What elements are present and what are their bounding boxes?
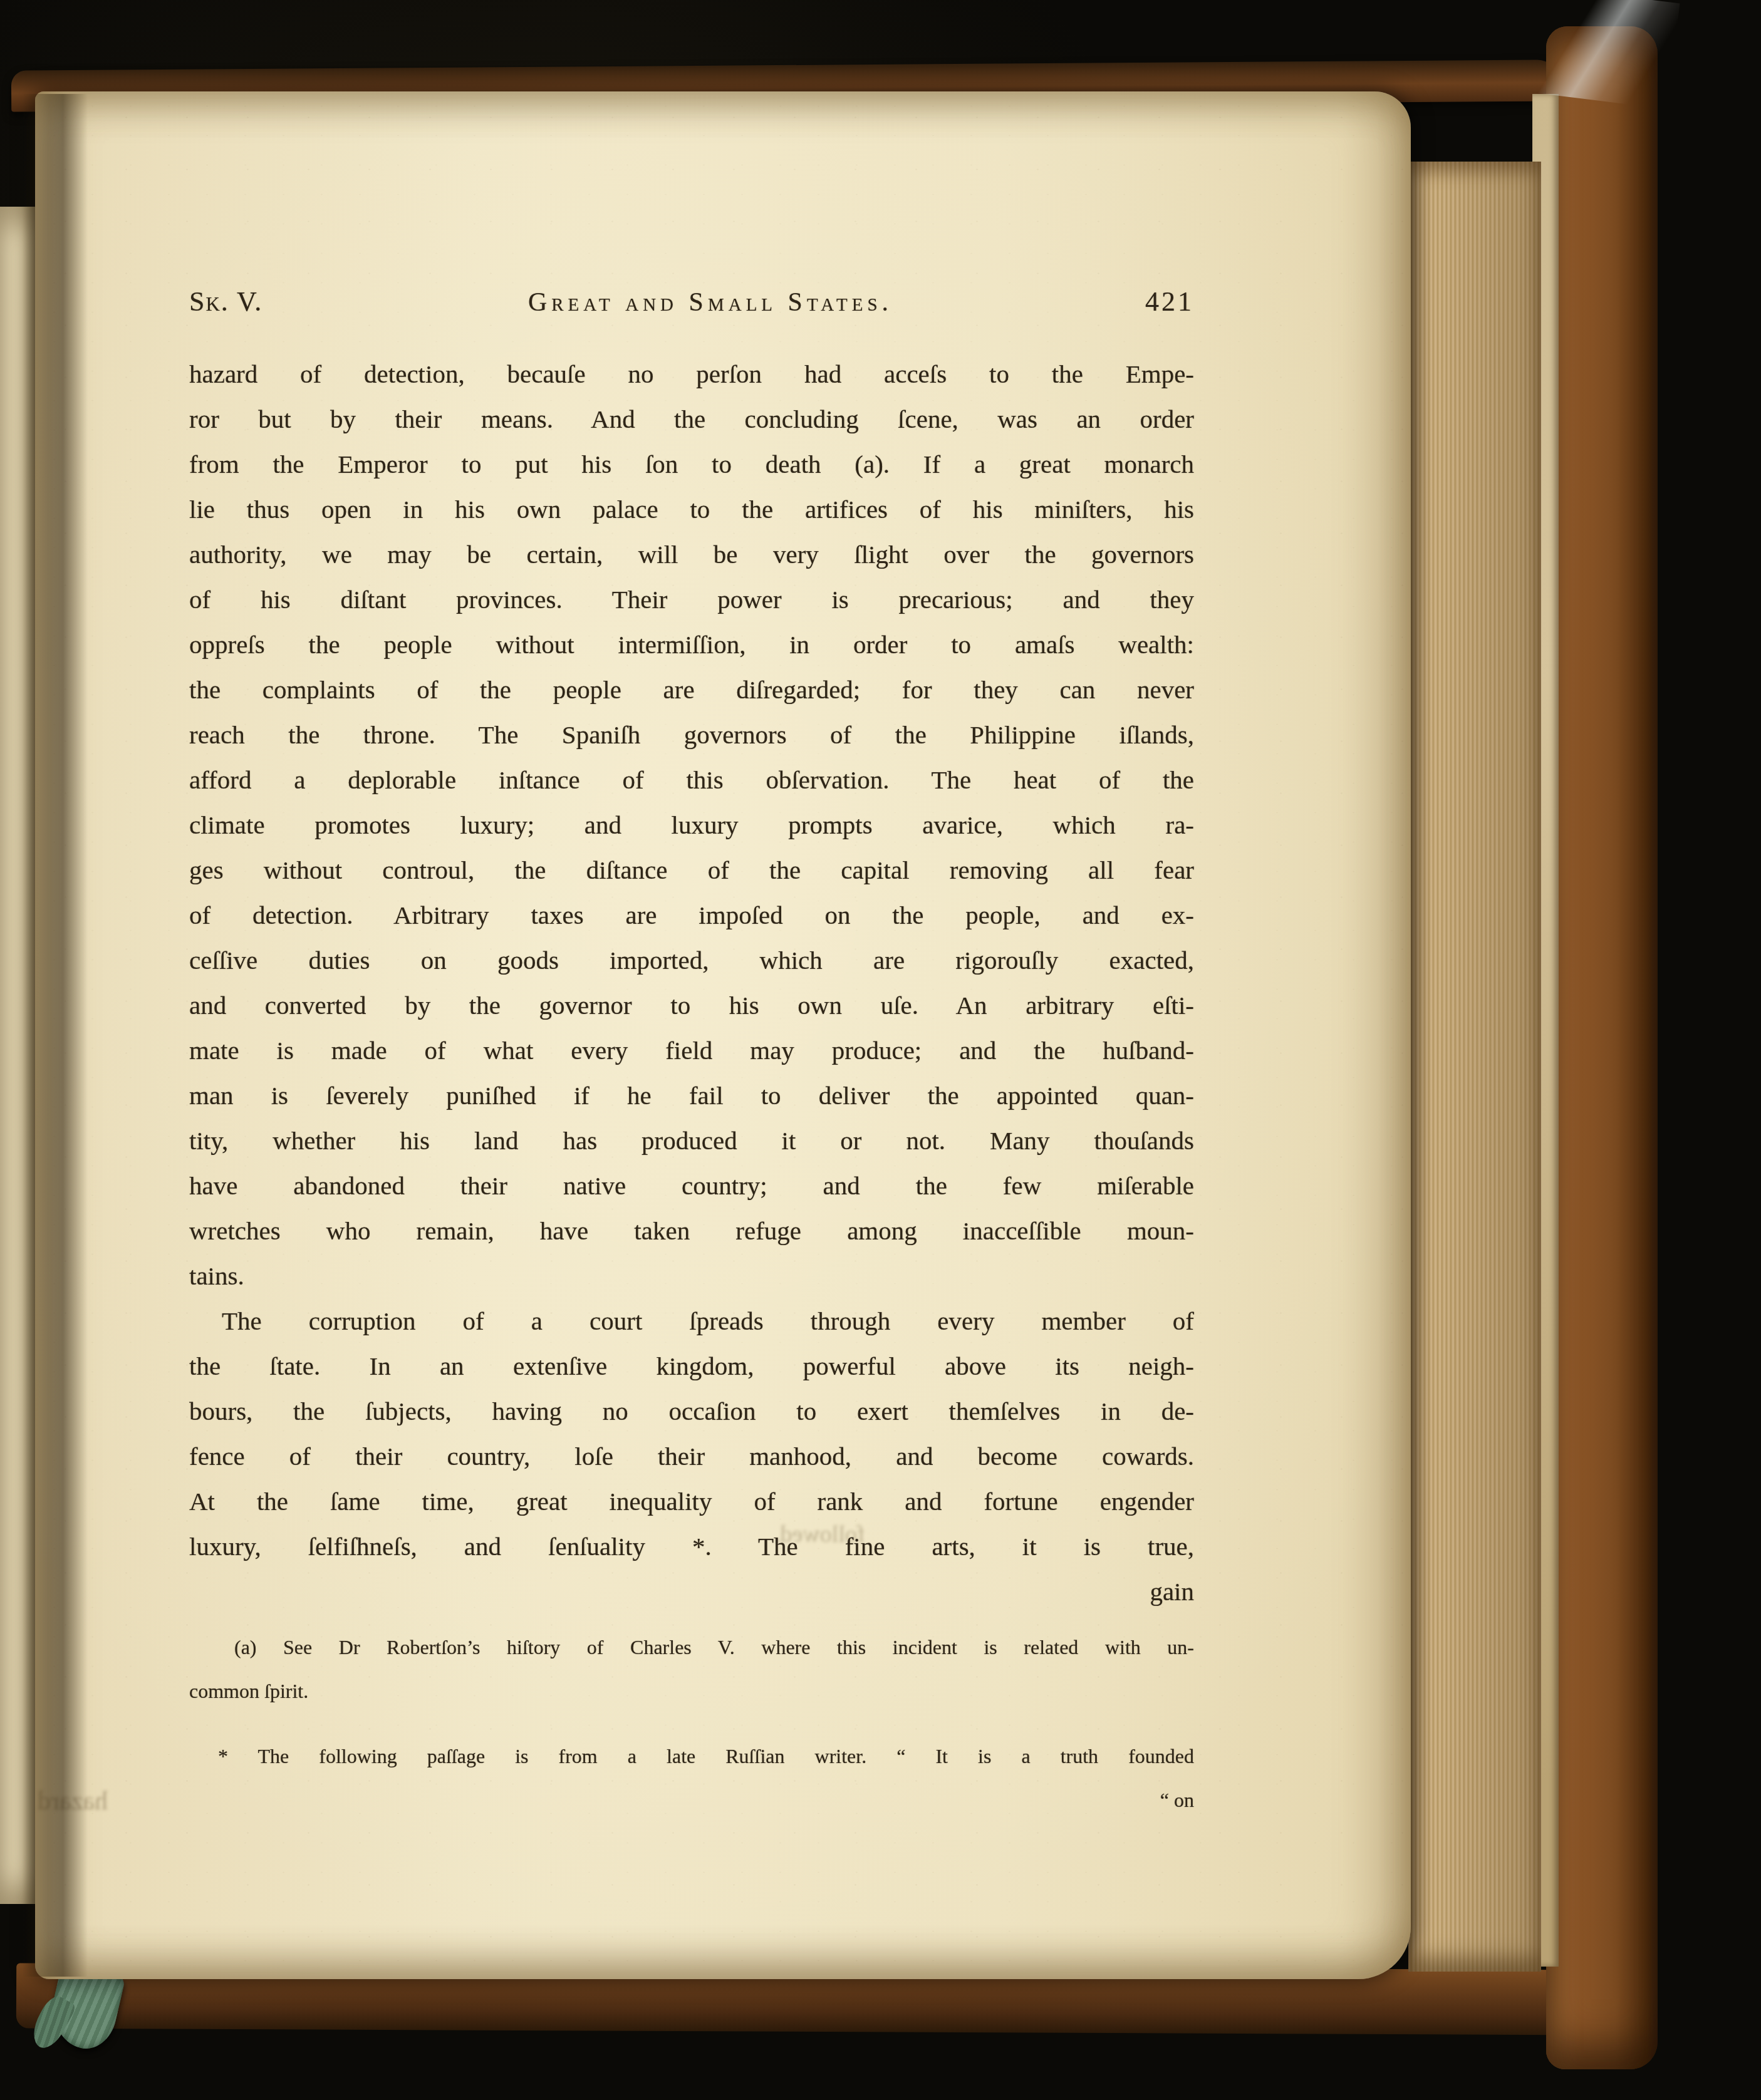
facing-page-edge: [0, 207, 35, 1904]
body-text-line: ges without controul, the diſtance of th…: [189, 847, 1194, 892]
body-text-line: have abandoned their native country; and…: [189, 1163, 1194, 1208]
body-text-line: afford a deplorable inſtance of this obſ…: [189, 757, 1194, 802]
photo-backdrop: followed. hazard Sk. V. Great and Small …: [0, 0, 1761, 2100]
footnote-line: (a) See Dr Robertſon’s hiſtory of Charle…: [189, 1625, 1194, 1669]
body-text-line: the complaints of the people are diſrega…: [189, 667, 1194, 712]
paragraph-1: hazard of detection, becauſe no perſon h…: [189, 351, 1194, 1298]
body-text-line: authority, we may be certain, will be ve…: [189, 532, 1194, 577]
body-text-line: man is ſeverely puniſhed if he fail to d…: [189, 1073, 1194, 1118]
body-text-line: tity, whether his land has produced it o…: [189, 1118, 1194, 1163]
body-text-line: reach the throne. The Spaniſh governors …: [189, 712, 1194, 757]
body-text-line: ceſſive duties on goods imported, which …: [189, 938, 1194, 983]
page-header: Sk. V. Great and Small States. 421: [189, 279, 1194, 325]
footnote-line: * The following paſſage is from a late R…: [189, 1734, 1194, 1778]
body-text-line: climate promotes luxury; and luxury prom…: [189, 802, 1194, 847]
footnote-catchword: “ on: [189, 1778, 1194, 1822]
body-text-line: At the ſame time, great inequality of ra…: [189, 1479, 1194, 1524]
footnote-star: * The following paſſage is from a late R…: [189, 1734, 1194, 1778]
body-text-line: bours, the ſubjects, having no occaſion …: [189, 1389, 1194, 1434]
page-number: 421: [1069, 279, 1194, 324]
body-text-line: the ſtate. In an extenſive kingdom, powe…: [189, 1343, 1194, 1389]
text-block: Sk. V. Great and Small States. 421 hazar…: [189, 279, 1194, 1822]
body-text-line: hazard of detection, becauſe no perſon h…: [189, 351, 1194, 396]
footnote-a: (a) See Dr Robertſon’s hiſtory of Charle…: [189, 1625, 1194, 1713]
body-text-line: tains.: [189, 1253, 1194, 1298]
footnote-line: common ſpirit.: [189, 1669, 1194, 1713]
body-text-line: lie thus open in his own palace to the a…: [189, 487, 1194, 532]
body-text-line: mate is made of what every field may pro…: [189, 1028, 1194, 1073]
body-text-line: fence of their country, loſe their manho…: [189, 1434, 1194, 1479]
body-text-line: oppreſs the people without intermiſſion,…: [189, 622, 1194, 667]
paragraph-2: The corruption of a court ſpreads throug…: [189, 1298, 1194, 1569]
body-text-line: and converted by the governor to his own…: [189, 983, 1194, 1028]
body-text-line: of his diſtant provinces. Their power is…: [189, 577, 1194, 622]
page-fore-edge-stack: [1408, 162, 1541, 1972]
body-text-line: ror but by their means. And the concludi…: [189, 396, 1194, 442]
body-text-line: of detection. Arbitrary taxes are impoſe…: [189, 892, 1194, 938]
body-text-line: from the Emperor to put his ſon to death…: [189, 442, 1194, 487]
body-text-line: wretches who remain, have taken refuge a…: [189, 1208, 1194, 1253]
bleed-through-text: hazard: [38, 1786, 108, 1816]
catchword: gain: [189, 1569, 1194, 1614]
book-page: followed. hazard Sk. V. Great and Small …: [35, 91, 1411, 1979]
body-text-line: The corruption of a court ſpreads throug…: [189, 1298, 1194, 1343]
book-cover-right-board: [1546, 26, 1658, 2069]
running-title: Great and Small States.: [352, 280, 1069, 325]
signature-mark: Sk. V.: [189, 279, 352, 324]
footnotes: (a) See Dr Robertſon’s hiſtory of Charle…: [189, 1625, 1194, 1822]
body-text-line: luxury, ſelfiſhneſs, and ſenſuality *. T…: [189, 1524, 1194, 1569]
